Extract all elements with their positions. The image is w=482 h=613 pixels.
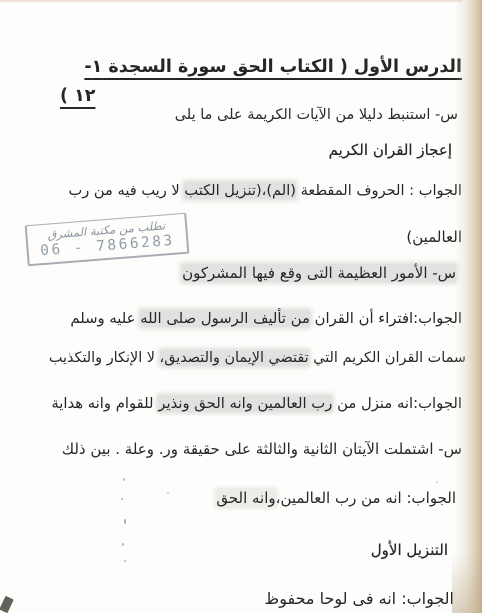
answer-lord-of-worlds: الجواب: انه من رب العالمين،وانه الحق xyxy=(216,489,456,507)
answer-text-smudged: من تأليف الرسول صلى الله xyxy=(140,310,310,327)
scan-speckle xyxy=(123,478,125,481)
question-verses-two-three: س- اشتملت الآيتان الثانية والثالثة على ح… xyxy=(62,440,462,458)
scan-speckle xyxy=(167,492,169,494)
scan-speckle xyxy=(436,481,438,483)
scanned-page: الدرس الأول ( الكتاب الحق سورة السجدة ١-… xyxy=(0,0,482,613)
answer-text: الجواب:افتراء أن القران xyxy=(310,310,462,327)
question-derive-evidence: س- استنبط دليلا من الآيات الكريمة على ما… xyxy=(175,107,458,123)
question-text-smudged: تقتضي الإيمان والتصديق، xyxy=(160,350,309,366)
scan-speckle xyxy=(122,543,124,546)
answer-text: الجواب : الحروف المقطعة xyxy=(296,182,462,199)
answer-text: الجواب: انه من رب العالمين، xyxy=(276,489,456,507)
answer-text-smudged: وانه الحق xyxy=(216,489,275,507)
answer-text-smudged: رب العالمين وانه الحق ونذير xyxy=(158,395,332,412)
scan-speckle xyxy=(121,498,123,500)
answer-revealed-line: الجواب:انه منزل من رب العالمين وانه الحق… xyxy=(51,395,462,412)
question-polytheists: س- الأمور العظيمة التى وقع فيها المشركون xyxy=(182,264,456,282)
answer-letters-continuation: العالمين) xyxy=(406,228,462,246)
answer-text: للقوام وانه هداية xyxy=(51,395,158,412)
topic-quran-miracle: إعجاز القران الكريم xyxy=(329,141,452,159)
answer-text-smudged: (الم)،(تنزيل الكتب xyxy=(184,182,296,199)
page-edge-corner-shadow xyxy=(452,553,482,613)
question-text: لا الإنكار والتكذيب xyxy=(49,350,160,366)
answer-preserved-tablet: الجواب: انه فى لوحا محفوظ xyxy=(264,589,454,608)
answer-letters-line: الجواب : الحروف المقطعة (الم)،(تنزيل الك… xyxy=(69,182,463,199)
question-text-smudged: س- الأمور العظيمة التى وقع فيها المشركون xyxy=(182,264,456,282)
question-text: سمات القران الكريم التي xyxy=(309,350,466,366)
answer-text: لا ريب فيه من رب xyxy=(69,182,185,199)
scan-top-edge xyxy=(0,0,462,3)
page-edge-shadow xyxy=(455,0,482,613)
scan-corner-mark xyxy=(0,596,14,613)
scan-speckle xyxy=(124,560,126,562)
lesson-title-wrap: ١٢ ) xyxy=(60,86,95,106)
scan-speckle xyxy=(124,519,126,524)
question-quran-traits: سمات القران الكريم التي تقتضي الإيمان وا… xyxy=(49,350,466,366)
lesson-title: الدرس الأول ( الكتاب الحق سورة السجدة ١- xyxy=(84,57,462,77)
library-stamp: تطلب من مكتبة المشرق 06 - 7866283 xyxy=(25,213,190,267)
heading-first-revelation: التنزيل الأول xyxy=(371,541,448,559)
answer-text: الجواب:انه منزل من xyxy=(332,395,462,412)
answer-text: عليه وسلم xyxy=(70,310,140,327)
answer-fabrication-line: الجواب:افتراء أن القران من تأليف الرسول … xyxy=(70,310,462,327)
